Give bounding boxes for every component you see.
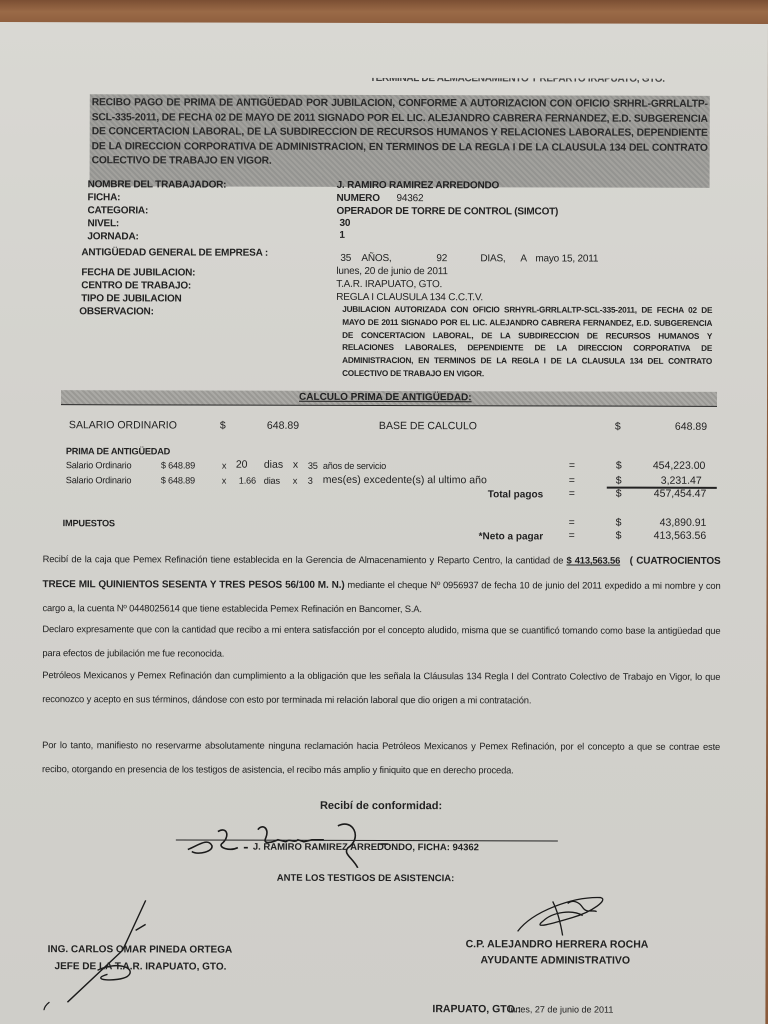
- nivel-label: NIVEL:: [87, 218, 119, 229]
- neto-pagar-value: 413,563.56: [654, 530, 707, 542]
- categoria-label: CATEGORIA:: [87, 205, 148, 216]
- impuestos-equals: =: [569, 516, 575, 528]
- nivel-value: 30: [339, 218, 350, 229]
- salario-ordinario-value: 648.89: [267, 420, 299, 432]
- worker-name-ficha: J. RAMIRO RAMIREZ ARREDONDO, FICHA: 9436…: [253, 842, 479, 854]
- categoria-value: OPERADOR DE TORRE DE CONTROL (SIMCOT): [336, 206, 558, 218]
- witness2-title: AYUDANTE ADMINISTRATIVO: [481, 954, 631, 966]
- calc-row-times: x: [222, 461, 226, 471]
- nombre-label: NOMBRE DEL TRABAJADOR:: [88, 179, 227, 190]
- total-equals: =: [569, 487, 575, 499]
- observacion-label: OBSERVACION:: [79, 306, 153, 317]
- signing-date: lunes, 27 de junio de 2011: [508, 1004, 613, 1014]
- ficha-value: 94362: [397, 193, 424, 204]
- receipt-document: TERMINAL DE ALMACENAMIENTO Y REPARTO IRA…: [0, 22, 768, 1024]
- paragraph-release: Por lo tanto, manifiesto no reservarme a…: [42, 733, 720, 782]
- antiguedad-anios-label: AÑOS,: [361, 253, 391, 264]
- fecha-jubilacion-label: FECHA DE JUBILACION:: [81, 267, 195, 278]
- centro-trabajo-value: T.A.R. IRAPUATO, GTO.: [336, 279, 442, 290]
- centro-trabajo-label: CENTRO DE TRABAJO:: [81, 280, 191, 291]
- calc-row-equals: =: [569, 459, 575, 471]
- receipt-text-a: Recibí de la caja que Pemex Refinación t…: [43, 553, 564, 565]
- calc-row-equals: =: [569, 474, 575, 486]
- neto-currency: $: [616, 530, 622, 542]
- receipt-amount: $ 413,563.56: [566, 554, 620, 565]
- prima-antiguedad-heading: PRIMA DE ANTIGÜEDAD: [66, 446, 170, 456]
- neto-equals: =: [569, 529, 575, 541]
- total-pagos-value: 457,454.47: [654, 488, 707, 500]
- calc-row-desc: años de servicio: [323, 461, 386, 471]
- calc-row-days-label: dias: [264, 459, 283, 471]
- base-calculo-value: 648.89: [675, 421, 707, 433]
- ficha-prefix: NUMERO: [337, 193, 380, 204]
- calc-row-qty: 35: [308, 461, 318, 471]
- calc-row-days: 20: [236, 459, 248, 471]
- calc-row-amount: 3,231.47: [661, 475, 702, 487]
- paragraph-declaration: Declaro expresamente que con la cantidad…: [42, 617, 720, 666]
- organization-header: TERMINAL DE ALMACENAMIENTO Y REPARTO IRA…: [370, 73, 665, 85]
- calc-row-times: x: [222, 476, 226, 486]
- calc-row-desc: mes(es) excedente(s) al ultimo año: [323, 474, 487, 486]
- antiguedad-dias: 92: [436, 253, 447, 264]
- antiguedad-fecha: mayo 15, 2011: [535, 253, 598, 264]
- calc-row-label: Salario Ordinario: [66, 460, 132, 470]
- antiguedad-label: ANTIGÜEDAD GENERAL DE EMPRESA :: [81, 247, 268, 258]
- witness1-title: JEFE DE LA T.A.R. IRAPUATO, GTO.: [55, 961, 227, 972]
- calc-row-qty: 3: [308, 476, 313, 486]
- antiguedad-anios: 35: [340, 253, 351, 264]
- jornada-value: 1: [339, 230, 344, 241]
- calc-row-rate: $ 648.89: [161, 475, 195, 485]
- paragraph-receipt: Recibí de la caja que Pemex Refinación t…: [42, 547, 720, 621]
- antiguedad-a: A: [520, 253, 527, 264]
- tipo-jubilacion-label: TIPO DE JUBILACION: [81, 293, 181, 304]
- calculo-title: CALCULO PRIMA DE ANTIGÜEDAD:: [299, 392, 472, 403]
- calc-row-label: Salario Ordinario: [66, 475, 132, 485]
- calc-row-rate: $ 648.89: [161, 460, 195, 470]
- witness2-name: C.P. ALEJANDRO HERRERA ROCHA: [466, 938, 649, 950]
- neto-pagar-label: *Neto a pagar: [479, 531, 543, 542]
- nombre-value: J. RAMIRO RAMIREZ ARREDONDO: [337, 180, 500, 191]
- observacion-value: JUBILACION AUTORIZADA CON OFICIO SRHYRL-…: [342, 304, 712, 382]
- ficha-label: FICHA:: [88, 192, 121, 203]
- impuestos-value: 43,890.91: [660, 517, 707, 529]
- calc-row-currency: $: [616, 475, 622, 487]
- recibi-conformidad: Recibí de conformidad:: [320, 800, 442, 812]
- calc-row-times: x: [293, 476, 297, 486]
- tipo-jubilacion-value: REGLA I CLAUSULA 134 C.C.T.V.: [336, 292, 483, 303]
- impuestos-currency: $: [616, 517, 622, 529]
- testigos-heading: ANTE LOS TESTIGOS DE ASISTENCIA:: [277, 873, 455, 884]
- salario-currency: $: [220, 420, 226, 432]
- calc-row-days: 1.66: [239, 476, 256, 486]
- calc-row-currency: $: [616, 460, 622, 472]
- base-calculo-label: BASE DE CALCULO: [379, 420, 477, 432]
- witness1-name: ING. CARLOS OMAR PINEDA ORTEGA: [48, 944, 233, 955]
- total-pagos-label: Total pagos: [488, 489, 543, 500]
- intro-text: RECIBO PAGO DE PRIMA DE ANTIGÜEDAD POR J…: [92, 96, 708, 170]
- salario-ordinario-label: SALARIO ORDINARIO: [69, 419, 177, 431]
- calc-row-times: x: [293, 459, 298, 471]
- base-currency: $: [615, 421, 621, 433]
- calc-row-amount: 454,223.00: [653, 460, 706, 472]
- total-currency: $: [616, 488, 622, 500]
- antiguedad-dias-label: DIAS,: [480, 253, 505, 264]
- impuestos-label: IMPUESTOS: [63, 518, 115, 528]
- jornada-label: JORNADA:: [87, 231, 138, 242]
- calc-row-days-label: dias: [264, 476, 280, 486]
- paragraph-compliance: Petróleos Mexicanos y Pemex Refinación d…: [42, 663, 720, 712]
- fecha-jubilacion-value: lunes, 20 de junio de 2011: [336, 266, 447, 277]
